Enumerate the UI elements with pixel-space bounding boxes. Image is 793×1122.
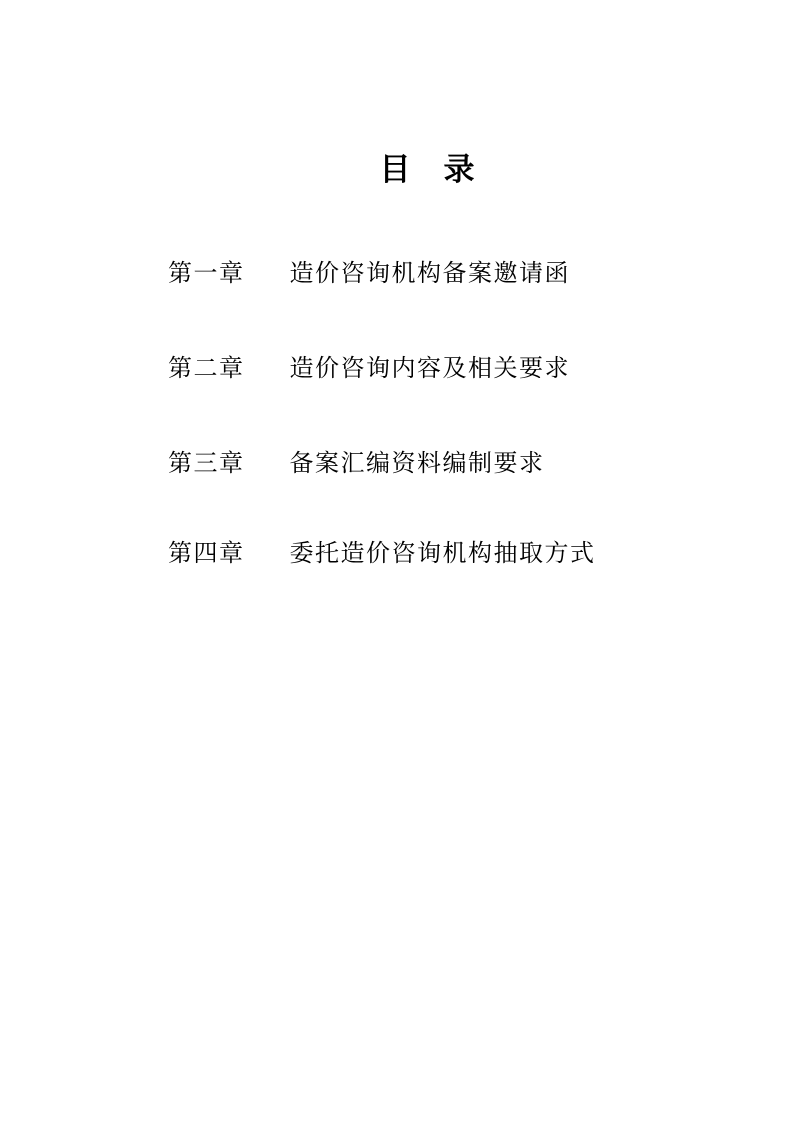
toc-entry-3: 第三章 备案汇编资料编制要求	[168, 448, 545, 480]
toc-entry-2: 第二章 造价咨询内容及相关要求	[168, 353, 570, 385]
toc-chapter-label: 第三章	[168, 448, 245, 480]
toc-chapter-title: 造价咨询内容及相关要求	[290, 353, 571, 385]
toc-chapter-label: 第一章	[168, 258, 245, 290]
toc-chapter-label: 第二章	[168, 353, 245, 385]
toc-entry-1: 第一章 造价咨询机构备案邀请函	[168, 258, 570, 290]
toc-chapter-title: 造价咨询机构备案邀请函	[290, 258, 571, 290]
toc-chapter-title: 备案汇编资料编制要求	[290, 448, 545, 480]
toc-chapter-title: 委托造价咨询机构抽取方式	[290, 538, 596, 570]
document-page: 目 录 第一章 造价咨询机构备案邀请函 第二章 造价咨询内容及相关要求 第三章 …	[0, 0, 793, 1122]
toc-entry-4: 第四章 委托造价咨询机构抽取方式	[168, 538, 596, 570]
toc-chapter-label: 第四章	[168, 538, 245, 570]
page-title: 目 录	[31, 150, 793, 190]
